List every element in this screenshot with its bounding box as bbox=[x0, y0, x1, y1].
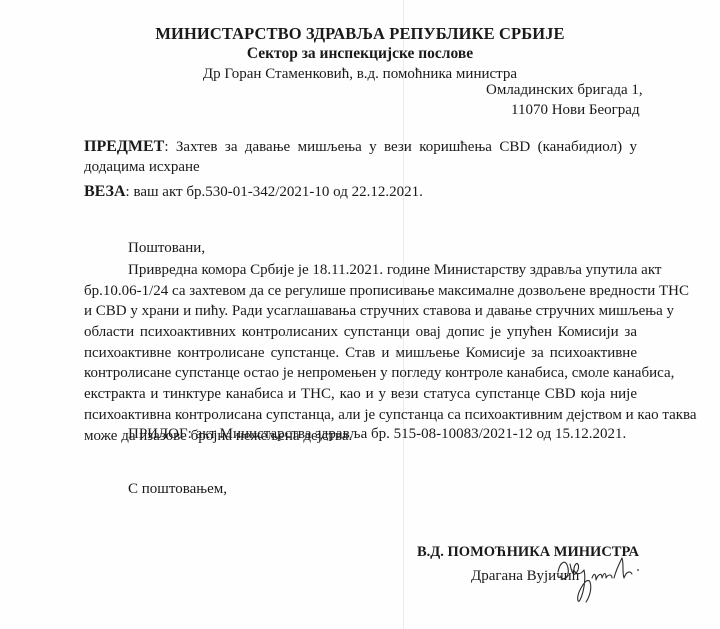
subject-colon: : bbox=[164, 139, 176, 155]
body-line: психоактивна контролисана супстанца, али… bbox=[84, 405, 637, 426]
sender-official: Др Горан Стаменковић, в.д. помоћника мин… bbox=[0, 66, 720, 83]
ministry-name: МИНИСТАРСТВО ЗДРАВЉА РЕПУБЛИКЕ СРБИЈЕ bbox=[0, 24, 720, 44]
subject-text: Захтев за давање мишљења у вези коришћењ… bbox=[176, 139, 637, 155]
address-city: 11070 Нови Београд bbox=[511, 102, 640, 119]
subject-block: ПРЕДМЕТ: Захтев за давање мишљења у вези… bbox=[84, 137, 637, 177]
body-paragraph: Привредна комора Србије је 18.11.2021. г… bbox=[84, 260, 637, 446]
subject-line-1: ПРЕДМЕТ: Захтев за давање мишљења у вези… bbox=[84, 137, 637, 157]
subject-label: ПРЕДМЕТ bbox=[84, 138, 164, 155]
reference-label: ВЕЗА bbox=[84, 183, 126, 200]
handwritten-signature-icon bbox=[540, 548, 650, 608]
document-page: МИНИСТАРСТВО ЗДРАВЉА РЕПУБЛИКЕ СРБИЈЕ Се… bbox=[0, 0, 720, 629]
reference-text: ваш акт бр.530-01-342/2021-10 од 22.12.2… bbox=[133, 184, 422, 200]
body-line: и CBD у храни и пићу. Ради усаглашавања … bbox=[84, 301, 637, 322]
sector-name: Сектор за инспекцијске послове bbox=[0, 45, 720, 63]
body-line: Привредна комора Србије је 18.11.2021. г… bbox=[84, 260, 637, 281]
body-line: екстракта и тинктуре канабиса и THC, као… bbox=[84, 384, 637, 405]
body-line: бр.10.06-1/24 са захтевом да се регулише… bbox=[84, 281, 637, 302]
subject-line-2: додацима исхране bbox=[84, 157, 637, 177]
body-line: контролисане супстанце остао је непромењ… bbox=[84, 363, 637, 384]
attachment-note: ПРИЛОГ: акт Министарства здравља бр. 515… bbox=[128, 426, 626, 443]
body-line: области психоактивних контролисаних супс… bbox=[84, 322, 637, 343]
salutation: Поштовани, bbox=[128, 240, 205, 257]
closing-salutation: С поштовањем, bbox=[128, 481, 227, 498]
body-line: психоактивне контролисане супстанце. Ста… bbox=[84, 343, 637, 364]
reference-line: ВЕЗА: ваш акт бр.530-01-342/2021-10 од 2… bbox=[84, 183, 423, 201]
address-street: Омладинских бригада 1, bbox=[486, 82, 643, 99]
